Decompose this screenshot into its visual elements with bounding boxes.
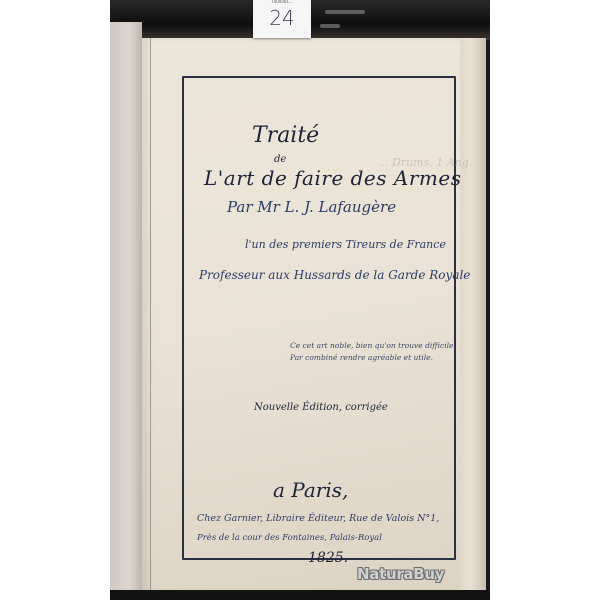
title-connector: de: [274, 154, 286, 165]
tag-header-text: 7000001...: [257, 0, 307, 4]
publisher-address: Près de la cour des Fontaines, Palais-Ro…: [197, 533, 382, 543]
epigraph-line: Par combiné rendre agréable et utile.: [290, 353, 433, 362]
main-title: L'art de faire des Armes: [204, 166, 461, 190]
place-of-publication: a Paris,: [273, 478, 348, 502]
book-cover-left: [110, 22, 142, 592]
publisher-line: Chez Garnier, Libraire Éditeur, Rue de V…: [197, 513, 439, 524]
shelf-glint: [320, 24, 340, 28]
author-position: Professeur aux Hussards de la Garde Roya…: [199, 268, 470, 282]
author-line: Par Mr L. J. Lafaugère: [227, 198, 396, 216]
title-word: Traité: [252, 123, 319, 148]
lot-number-tag: 7000001... 24: [253, 0, 311, 38]
author-description: l'un des premiers Tireurs de France: [245, 238, 446, 251]
naturabuy-watermark: NaturaBuy: [357, 565, 444, 583]
shelf-glint: [325, 10, 365, 14]
publication-year: 1825.: [308, 550, 348, 566]
epigraph-line: Ce cet art noble, bien qu'on trouve diff…: [290, 341, 453, 350]
edition-note: Nouvelle Édition, corrigée: [254, 402, 388, 413]
lot-number: 24: [253, 6, 311, 30]
title-page: ... Drums, 1 Ang. Traité de L'art de fai…: [142, 38, 460, 593]
manuscript-photo: ... Drums, 1 Ang. Traité de L'art de fai…: [110, 0, 490, 600]
gutter-line: [150, 38, 151, 593]
shelf-bottom: [110, 590, 490, 600]
